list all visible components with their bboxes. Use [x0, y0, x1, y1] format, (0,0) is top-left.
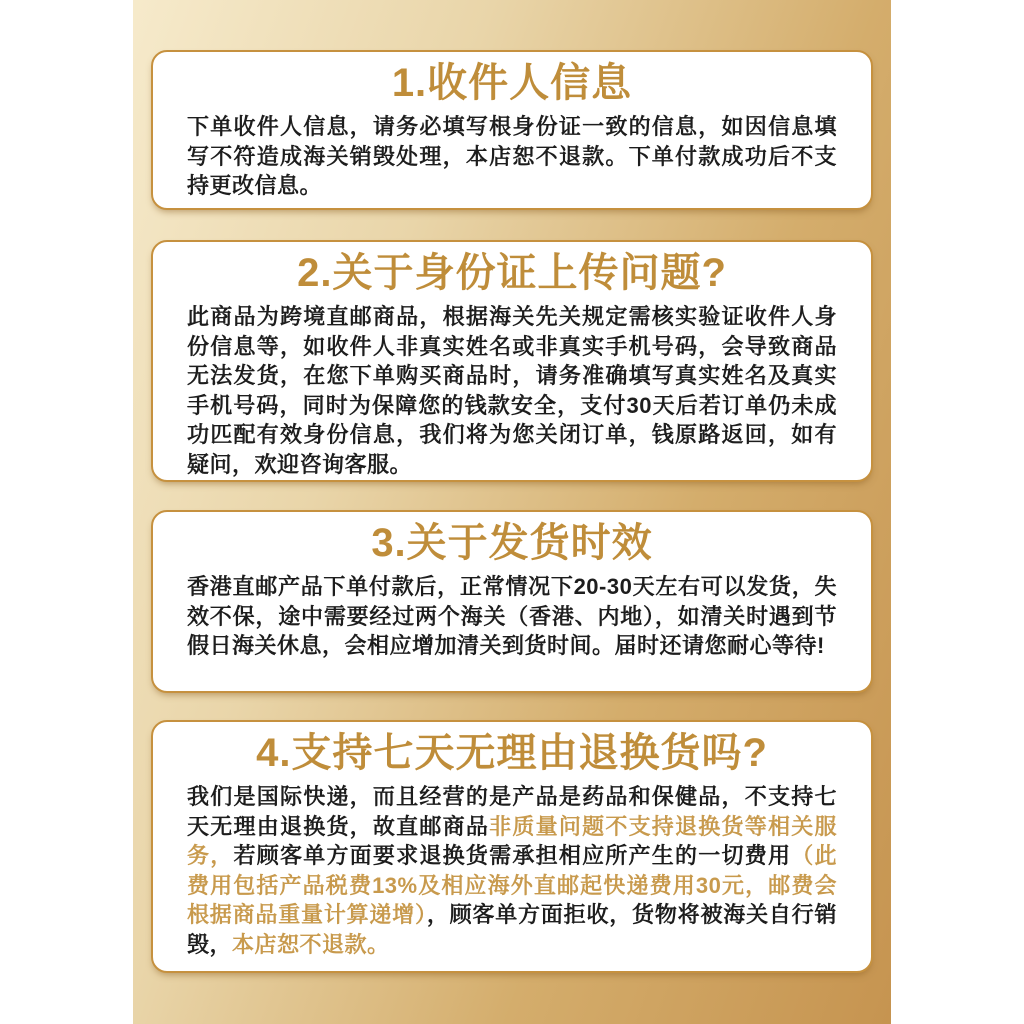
card-body-return-policy: 我们是国际快递，而且经营的是产品是药品和保健品，不支持七天无理由退换货，故直邮商…	[187, 782, 837, 959]
notice-poster: 1.收件人信息 下单收件人信息，请务必填写根身份证一致的信息，如因信息填写不符造…	[0, 0, 1024, 1024]
notice-card-id-upload: 2.关于身份证上传问题? 此商品为跨境直邮商品，根据海关先关规定需核实验证收件人…	[151, 240, 873, 482]
notice-card-recipient-info: 1.收件人信息 下单收件人信息，请务必填写根身份证一致的信息，如因信息填写不符造…	[151, 50, 873, 210]
card-body-shipping-time: 香港直邮产品下单付款后，正常情况下20-30天左右可以发货，失效不保，途中需要经…	[187, 572, 837, 661]
body-text-segment: 本店恕不退款。	[232, 932, 390, 957]
notice-card-shipping-time: 3.关于发货时效 香港直邮产品下单付款后，正常情况下20-30天左右可以发货，失…	[151, 510, 873, 693]
card-body-id-upload: 此商品为跨境直邮商品，根据海关先关规定需核实验证收件人身份信息等，如收件人非真实…	[187, 302, 837, 479]
card-title-id-upload: 2.关于身份证上传问题?	[187, 250, 837, 296]
body-text-segment: 若顾客单方面要求退换货需承担相应所产生的一切费用	[233, 843, 791, 868]
card-title-return-policy: 4.支持七天无理由退换货吗?	[187, 730, 837, 776]
body-text-segment: 香港直邮产品下单付款后，正常情况下20-30天左右可以发货，失效不保，途中需要经…	[187, 574, 837, 658]
notice-card-return-policy: 4.支持七天无理由退换货吗? 我们是国际快递，而且经营的是产品是药品和保健品，不…	[151, 720, 873, 973]
gold-background-panel: 1.收件人信息 下单收件人信息，请务必填写根身份证一致的信息，如因信息填写不符造…	[133, 0, 891, 1024]
card-body-recipient-info: 下单收件人信息，请务必填写根身份证一致的信息，如因信息填写不符造成海关销毁处理，…	[187, 112, 837, 201]
card-title-recipient-info: 1.收件人信息	[187, 60, 837, 106]
card-title-shipping-time: 3.关于发货时效	[187, 520, 837, 566]
body-text-segment: 此商品为跨境直邮商品，根据海关先关规定需核实验证收件人身份信息等，如收件人非真实…	[187, 304, 837, 477]
